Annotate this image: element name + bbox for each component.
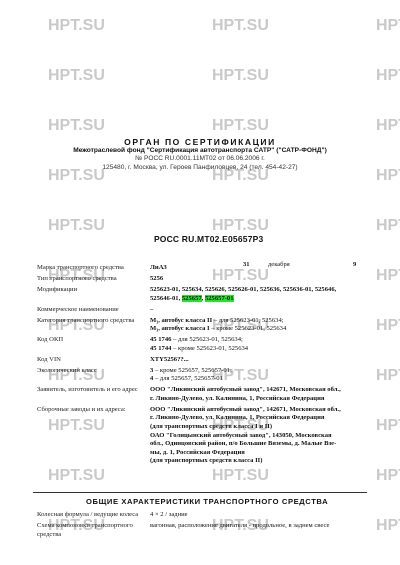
certificate-number: РОСС RU.MT02.E05657P3 <box>154 234 263 244</box>
value-bold: 525623-01, 525634, 525626, 525626-01, 52… <box>150 286 336 293</box>
field-label: Марка транспортного средства <box>37 264 150 273</box>
value-line: ООО "Ликинский автобусный завод", 142671… <box>150 406 367 415</box>
value-line: г. Ликино-Дулево, ул. Калинина, 1, Росси… <box>150 395 367 404</box>
field-value: ООО "Ликинский автобусный завод", 142671… <box>150 386 367 403</box>
value-bold: г. Ликино-Дулево, ул. Калинина, 1, Росси… <box>150 414 324 421</box>
value-bold: обл., Одинцовский район, п/о Большие Вяз… <box>150 440 336 447</box>
field-value: 525623-01, 525634, 525626, 525626-01, 52… <box>150 286 367 303</box>
value-line: ОАО "Голицынский автобусный завод", 1430… <box>150 432 367 441</box>
value-normal: – для 525657, 525657-01 <box>153 375 223 382</box>
field-value: ЛиАЗ <box>150 264 367 273</box>
characteristics-fields: Колесная формула / ведущие колеса4 × 2 /… <box>37 511 367 542</box>
field-label: Код VIN <box>37 356 150 365</box>
header-title: ОРГАН ПО СЕРТИФИКАЦИИ <box>0 137 400 147</box>
field-value: 5256 <box>150 275 367 284</box>
field-label: Коммерческое наименование <box>37 306 150 315</box>
vehicle-fields: Марка транспортного средстваЛиАЗТип тран… <box>37 264 367 468</box>
value-line: 525646-01, 525657, 525657-01 <box>150 295 367 304</box>
value-line: М₃, автобус класса II – для 525623-01, 5… <box>150 317 367 326</box>
value-bold: (для транспортных средств класса II) <box>150 457 262 464</box>
field-row: Заявитель, изготовитель и его адресООО "… <box>37 386 367 403</box>
field-value: 3 – кроме 525657, 525657-01;4 – для 5256… <box>150 367 367 384</box>
value-line: 4 – для 525657, 525657-01 <box>150 375 367 384</box>
field-row: Тип транспортного средства5256 <box>37 275 367 284</box>
value-bold: мы, д. 1, Российская Федерация <box>150 449 245 456</box>
field-label: Тип транспортного средства <box>37 275 150 284</box>
characteristic-label: Колесная формула / ведущие колеса <box>37 511 150 520</box>
field-label: Экологический класс <box>37 367 150 384</box>
organization-name: Межотраслевой фонд "Сертификация автотра… <box>0 147 400 155</box>
field-value: XTY5256??... <box>150 356 367 365</box>
value-line: мы, д. 1, Российская Федерация <box>150 449 367 458</box>
characteristic-value: вагонная, расположение двигателя - продо… <box>150 522 367 539</box>
field-label: Модификации <box>37 286 150 303</box>
field-label: Сборочные заводы и их адреса: <box>37 406 150 466</box>
field-label: Категория транспортного средства <box>37 317 150 334</box>
value-bold: – <box>150 306 153 313</box>
highlighted-modification: 525657 <box>182 295 202 302</box>
field-row: Коммерческое наименование– <box>37 306 367 315</box>
value-line: 5256 <box>150 275 367 284</box>
value-line: (для транспортных средств класса II) <box>150 457 367 466</box>
value-line: 45 1744 – кроме 525623-01, 525634 <box>150 345 367 354</box>
field-value: – <box>150 306 367 315</box>
value-line: 3 – кроме 525657, 525657-01; <box>150 367 367 376</box>
field-row: Сборочные заводы и их адреса:ООО "Ликинс… <box>37 406 367 466</box>
value-line: 45 1746 – для 525623-01, 525634; <box>150 336 367 345</box>
characteristic-label: Схема компоновки транспортного средства <box>37 522 150 539</box>
field-row: Марка транспортного средстваЛиАЗ <box>37 264 367 273</box>
value-line: – <box>150 306 367 315</box>
value-line: ЛиАЗ <box>150 264 367 273</box>
value-bold: 45 1744 <box>150 345 171 352</box>
certificate-document: ОРГАН ПО СЕРТИФИКАЦИИ Межотраслевой фонд… <box>0 0 400 565</box>
organization-address: 125480, г. Москва, ул. Героев Панфиловце… <box>0 164 400 173</box>
field-value: М₃, автобус класса II – для 525623-01, 5… <box>150 317 367 334</box>
value-line: ООО "Ликинский автобусный завод", 142671… <box>150 386 367 395</box>
value-bold: ООО "Ликинский автобусный завод", 142671… <box>150 406 341 413</box>
value-bold: (для транспортных средств класса I и II) <box>150 423 272 430</box>
characteristic-row: Схема компоновки транспортного средствав… <box>37 522 367 539</box>
value-line: г. Ликино-Дулево, ул. Калинина, 1, Росси… <box>150 414 367 423</box>
characteristic-row: Колесная формула / ведущие колеса4 × 2 /… <box>37 511 367 520</box>
value-bold: ЛиАЗ <box>150 264 167 271</box>
value-normal: – кроме 525657, 525657-01; <box>153 367 232 374</box>
field-row: Категория транспортного средстваМ₃, авто… <box>37 317 367 334</box>
value-line: (для транспортных средств класса I и II) <box>150 423 367 432</box>
value-bold: XTY5256??... <box>150 356 189 363</box>
value-normal: – кроме 525623-01, 525634 <box>210 325 287 332</box>
value-bold: ООО "Ликинский автобусный завод", 142671… <box>150 386 341 393</box>
field-row: Код ОКП45 1746 – для 525623-01, 525634;4… <box>37 336 367 353</box>
field-row: Экологический класс3 – кроме 525657, 525… <box>37 367 367 384</box>
value-bold: 45 1746 <box>150 336 171 343</box>
field-label: Код ОКП <box>37 336 150 353</box>
characteristic-value: 4 × 2 / задние <box>150 511 367 520</box>
field-value: 45 1746 – для 525623-01, 525634;45 1744 … <box>150 336 367 353</box>
field-row: Код VINXTY5256??... <box>37 356 367 365</box>
registration-number: № РОСС RU.0001.11МТ02 от 06.06.2006 г. <box>0 155 400 164</box>
value-bold: г. Ликино-Дулево, ул. Калинина, 1, Росси… <box>150 395 324 402</box>
highlighted-modification: 525657-01 <box>205 295 234 302</box>
field-label: Заявитель, изготовитель и его адрес <box>37 386 150 403</box>
value-bold: М₃, автобус класса I <box>150 325 210 332</box>
value-bold: ОАО "Голицынский автобусный завод", 1430… <box>150 432 332 439</box>
section-title: ОБЩИЕ ХАРАКТЕРИСТИКИ ТРАНСПОРТНОГО СРЕДС… <box>86 497 328 506</box>
value-line: М₃, автобус класса I – кроме 525623-01, … <box>150 325 367 334</box>
value-bold: 525646-01, <box>150 295 182 302</box>
value-line: XTY5256??... <box>150 356 367 365</box>
section-divider <box>33 492 367 493</box>
value-bold: М₃, автобус класса II <box>150 317 212 324</box>
value-bold: 5256 <box>150 275 163 282</box>
field-value: ООО "Ликинский автобусный завод", 142671… <box>150 406 367 466</box>
field-row: Модификации525623-01, 525634, 525626, 52… <box>37 286 367 303</box>
value-normal: – для 525623-01, 525634; <box>212 317 283 324</box>
certification-body-header: ОРГАН ПО СЕРТИФИКАЦИИ Межотраслевой фонд… <box>0 137 400 172</box>
value-line: обл., Одинцовский район, п/о Большие Вяз… <box>150 440 367 449</box>
value-normal: – кроме 525623-01, 525634 <box>171 345 248 352</box>
value-normal: – для 525623-01, 525634; <box>171 336 242 343</box>
value-line: 525623-01, 525634, 525626, 525626-01, 52… <box>150 286 367 295</box>
